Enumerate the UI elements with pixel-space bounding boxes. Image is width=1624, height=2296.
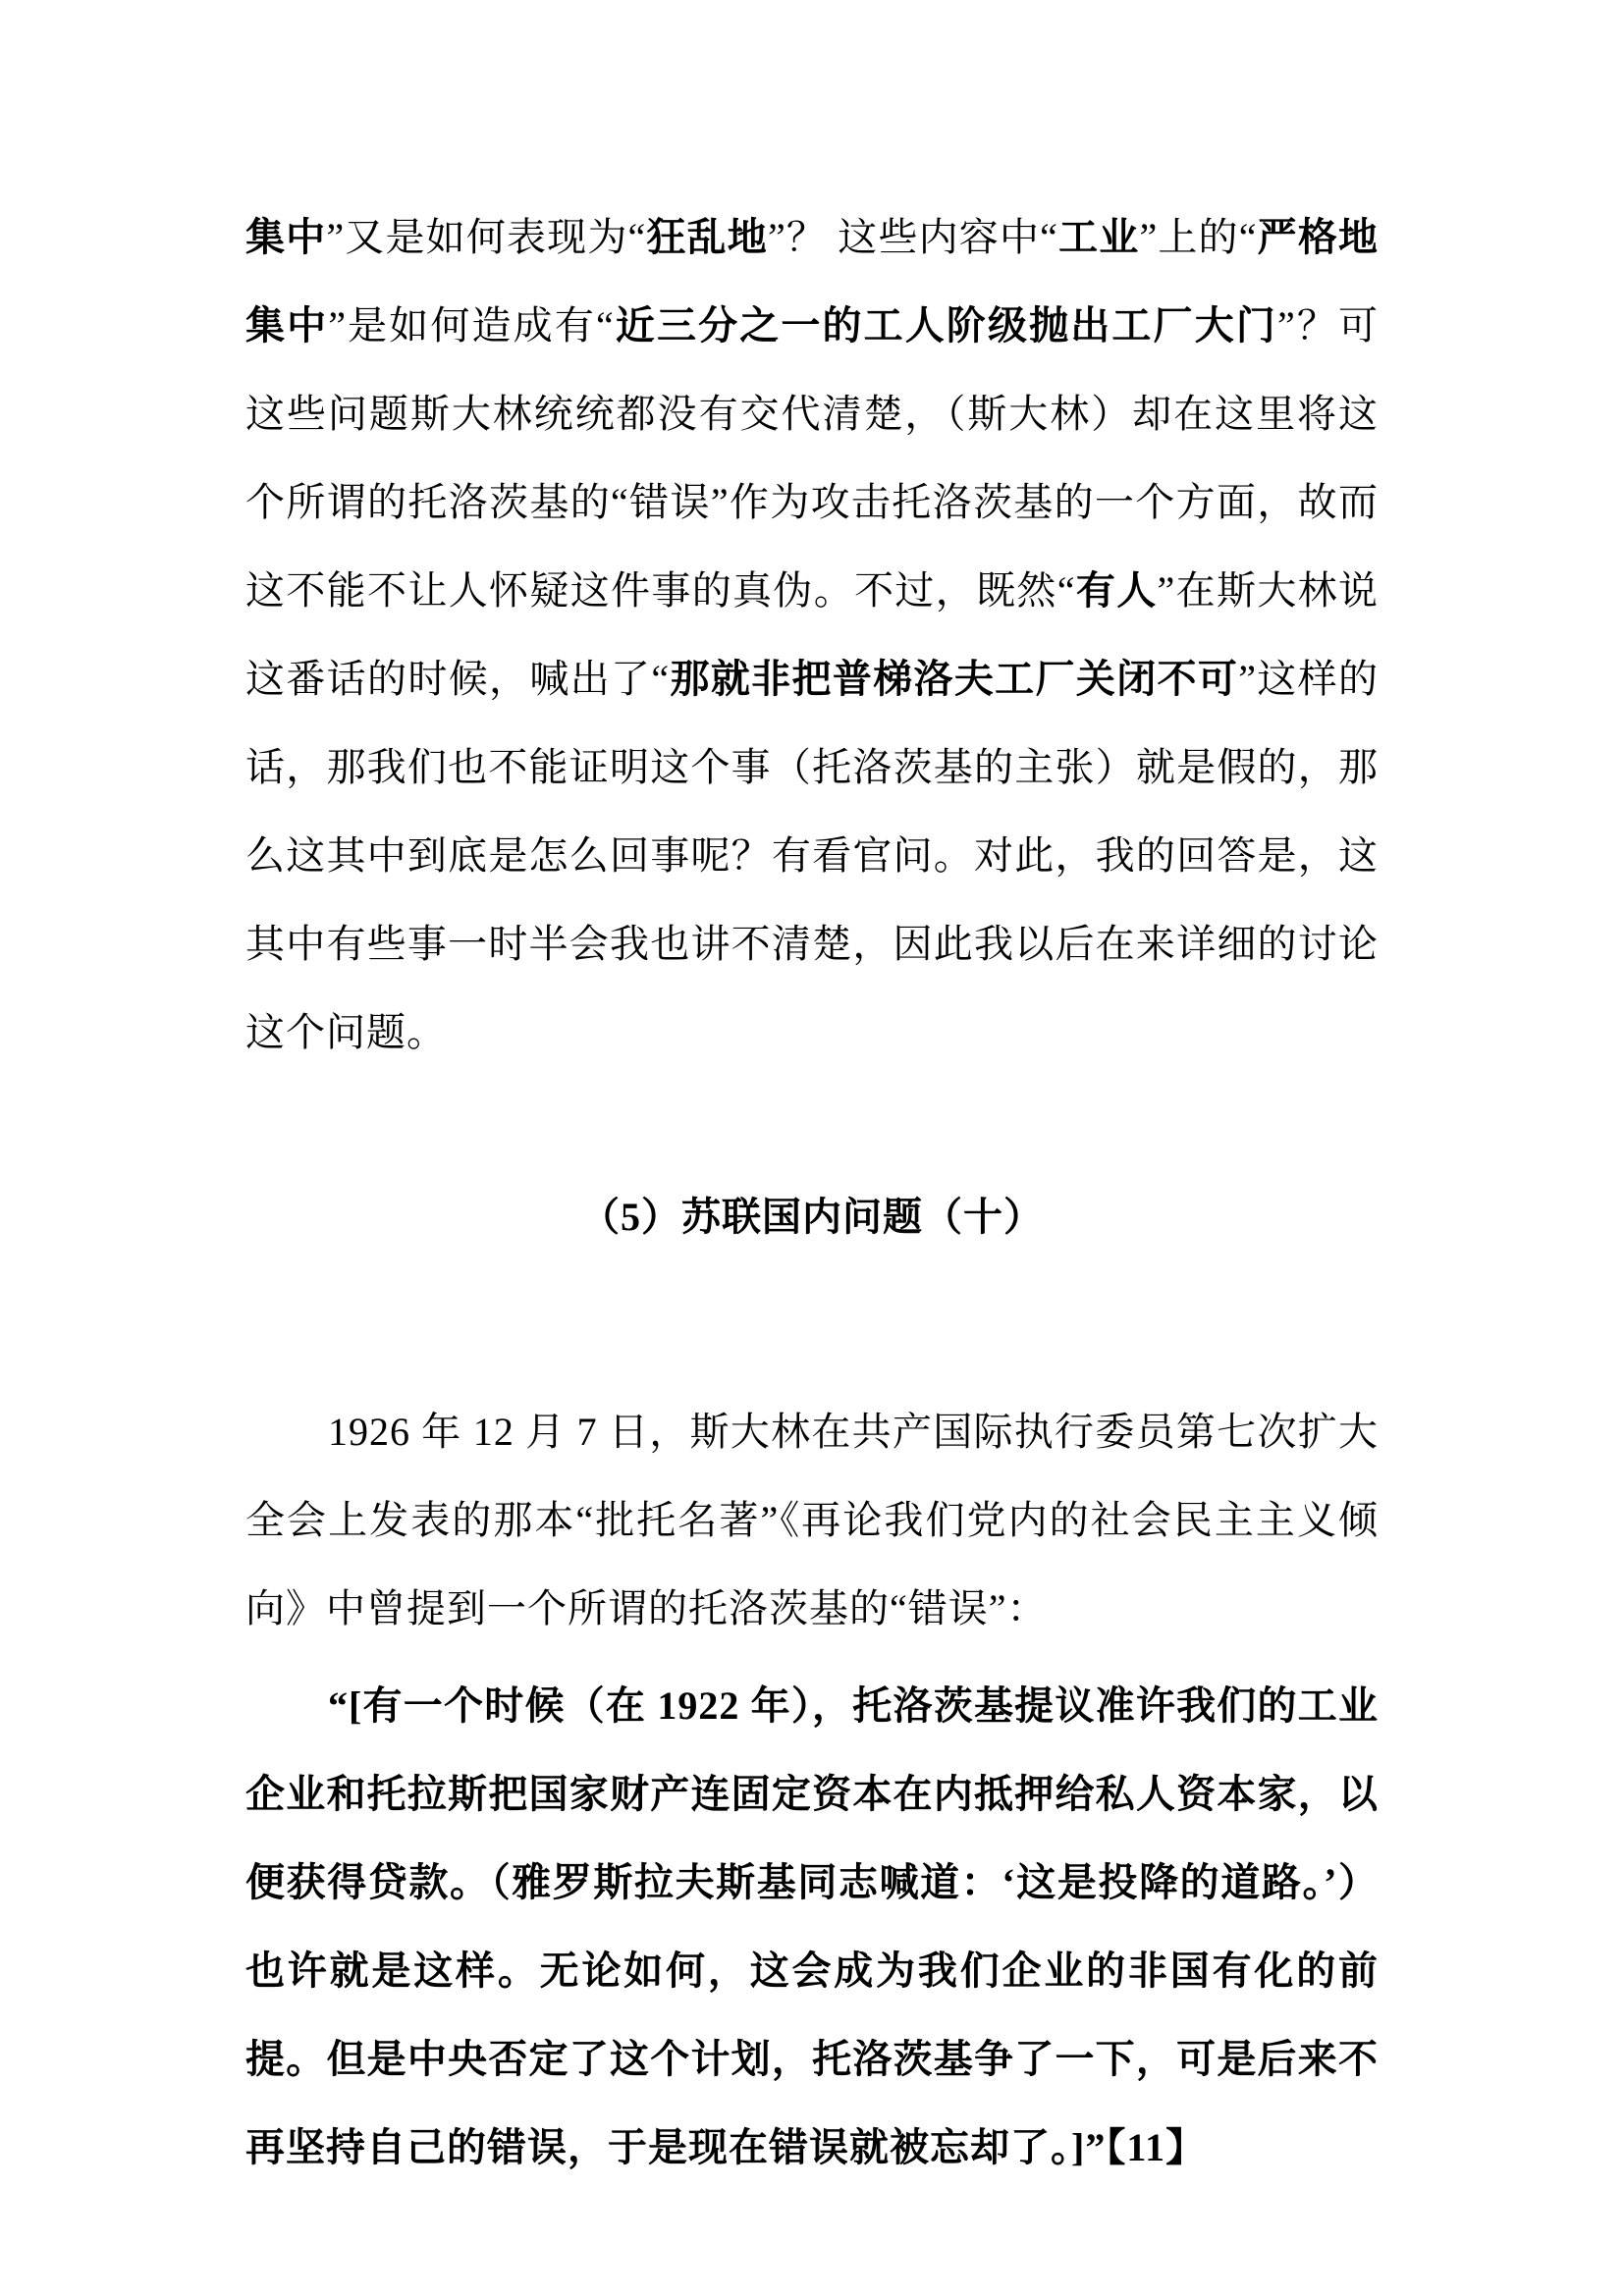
section-heading: （5）苏联国内问题（十）	[245, 1173, 1379, 1261]
paragraph-continuation: 集中”又是如何表现为“狂乱地”？ 这些内容中“工业”上的“严格地集中”是如何造成…	[245, 193, 1379, 1077]
paragraph-intro: 1926 年 12 月 7 日，斯大林在共产国际执行委员第七次扩大全会上发表的那…	[245, 1388, 1379, 1653]
document-page: 集中”又是如何表现为“狂乱地”？ 这些内容中“工业”上的“严格地集中”是如何造成…	[0, 0, 1624, 2296]
document-content: 集中”又是如何表现为“狂乱地”？ 这些内容中“工业”上的“严格地集中”是如何造成…	[245, 0, 1379, 2192]
paragraph-quote: “[有一个时候（在 1922 年），托洛茨基提议准许我们的工业企业和托拉斯把国家…	[245, 1662, 1379, 2192]
